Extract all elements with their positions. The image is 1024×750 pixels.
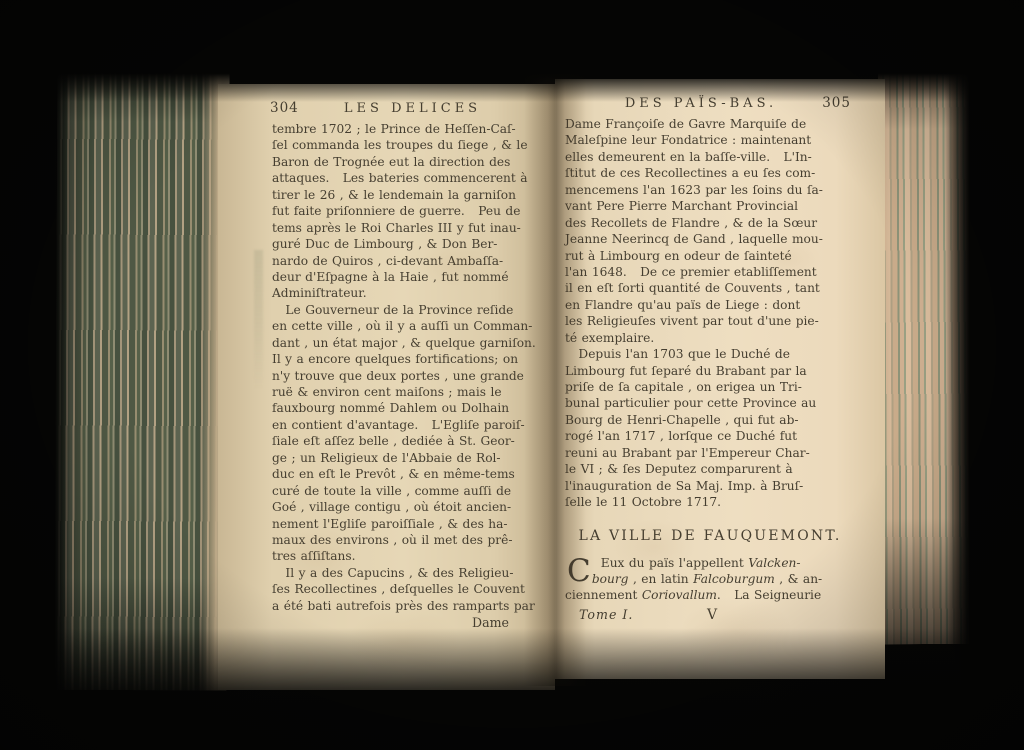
text-line: vant Pere Pierre Marchant Provincial bbox=[565, 198, 885, 214]
text-line: deur d'Eſpagne à la Haie , fut nommé bbox=[272, 269, 555, 285]
text-line: nement l'Egliſe paroiſſiale , & des ha- bbox=[272, 516, 555, 532]
text-line: en Flandre qu'au païs de Liege : dont bbox=[565, 297, 885, 313]
text-line: Goé , village contigu , où étoit ancien- bbox=[272, 499, 555, 515]
left-page: 304 LES DELICES tembre 1702 ; le Prince … bbox=[218, 84, 555, 690]
text-line: tres aſſiſtans. bbox=[272, 548, 555, 564]
text-line: Jeanne Neerincq de Gand , laquelle mou- bbox=[565, 231, 885, 247]
dropcap-paragraph-text: Eux du païs l'appellent Valcken- bourg ,… bbox=[555, 555, 885, 604]
text-line: l'an 1648. De ce premier etabliſſement bbox=[565, 264, 885, 280]
text-line: Maleſpine leur Fondatrice : maintenant bbox=[565, 132, 885, 148]
text-line: tems après le Roi Charles III y fut inau… bbox=[272, 220, 555, 236]
text-line: Il y a des Capucins , & des Religieu- bbox=[272, 565, 555, 581]
text-line: Baron de Trognée eut la direction des bbox=[272, 154, 555, 170]
text-line: bourg , en latin Falcoburgum , & an- bbox=[565, 571, 885, 587]
section-heading: LA VILLE DE FAUQUEMONT. bbox=[555, 528, 885, 544]
text-line: l'inauguration de Sa Maj. Imp. à Bruſ- bbox=[565, 478, 885, 494]
text-line: tirer le 26 , & le lendemain la garniſon bbox=[272, 187, 555, 203]
text-line: des Recollets de Flandre , & de la Sœur bbox=[565, 215, 885, 231]
text-line: rut à Limbourg en odeur de ſainteté bbox=[565, 248, 885, 264]
text-line: Limbourg fut ſeparé du Brabant par la bbox=[565, 363, 885, 379]
left-page-text: tembre 1702 ; le Prince de Heſſen-Caſ-ſe… bbox=[218, 121, 555, 614]
right-page-header: DES PAÏS-BAS. 305 bbox=[555, 95, 885, 111]
text-line: ſtitut de ces Recollectines a eu ſes com… bbox=[565, 165, 885, 181]
plain-text: Eux du païs l'appellent bbox=[565, 556, 748, 570]
text-line: ge ; un Religieux de l'Abbaie de Rol- bbox=[272, 450, 555, 466]
plain-text: ciennement bbox=[565, 588, 642, 602]
tome-label: Tome I. bbox=[579, 607, 633, 622]
text-line: fut faite priſonniere de guerre. Peu de bbox=[272, 203, 555, 219]
right-page-text: Dame Françoiſe de Gavre Marquiſe deMaleſ… bbox=[555, 116, 885, 511]
right-running-title: DES PAÏS-BAS. bbox=[595, 96, 807, 111]
gathering-signature: V bbox=[707, 607, 717, 623]
text-line: curé de toute la ville , comme auſſi de bbox=[272, 483, 555, 499]
text-line: ſelle le 11 Octobre 1717. bbox=[565, 494, 885, 510]
text-line: tembre 1702 ; le Prince de Heſſen-Caſ- bbox=[272, 121, 555, 137]
text-line: Il y a encore quelques fortifications; o… bbox=[272, 351, 555, 367]
italic-text: Valcken- bbox=[748, 556, 800, 570]
text-line: le VI ; & ſes Deputez comparurent à bbox=[565, 461, 885, 477]
text-line: Le Gouverneur de la Province reſide bbox=[272, 302, 555, 318]
text-line: maux des environs , où il met des prê- bbox=[272, 532, 555, 548]
text-line: rogé l'an 1717 , lorſque ce Duché fut bbox=[565, 428, 885, 444]
text-line: ſes Recollectines , deſquelles le Couven… bbox=[272, 581, 555, 597]
text-line: ruë & environ cent maiſons ; mais le bbox=[272, 384, 555, 400]
italic-text: Falcoburgum bbox=[693, 572, 775, 586]
text-line: en contient d'avantage. L'Egliſe paroiſ- bbox=[272, 417, 555, 433]
text-line: ſiale eſt aſſez belle , dediée à St. Geo… bbox=[272, 433, 555, 449]
catchword: Dame bbox=[218, 615, 555, 630]
italic-text: Coriovallum bbox=[642, 588, 717, 602]
text-line: les Religieuſes vivent par tout d'une pi… bbox=[565, 313, 885, 329]
text-line: Bourg de Henri-Chapelle , qui fut ab- bbox=[565, 412, 885, 428]
plain-text: , en latin bbox=[628, 572, 693, 586]
text-line: guré Duc de Limbourg , & Don Ber- bbox=[272, 236, 555, 252]
text-line: bunal particulier pour cette Province au bbox=[565, 395, 885, 411]
text-line: attaques. Les bateries commencerent à bbox=[272, 170, 555, 186]
text-line: Eux du païs l'appellent Valcken- bbox=[565, 555, 885, 571]
signature-line: Tome I. V bbox=[555, 607, 885, 624]
left-running-title: LES DELICES bbox=[314, 101, 511, 116]
text-line: Adminiſtrateur. bbox=[272, 285, 555, 301]
text-line: duc en eſt le Prevôt , & en même-tems bbox=[272, 466, 555, 482]
text-line: en cette ville , où il y a auſſi un Comm… bbox=[272, 318, 555, 334]
text-line: mencemens l'an 1623 par les ſoins du ſa- bbox=[565, 182, 885, 198]
italic-text: bourg bbox=[592, 572, 629, 586]
right-page: DES PAÏS-BAS. 305 Dame Françoiſe de Gavr… bbox=[555, 79, 885, 679]
text-line: ſel commanda les troupes du ſiege , & le bbox=[272, 137, 555, 153]
book-photo: 304 LES DELICES tembre 1702 ; le Prince … bbox=[0, 0, 1024, 750]
plain-text: , & an- bbox=[775, 572, 822, 586]
text-line: priſe de ſa capitale , on erigea un Tri- bbox=[565, 379, 885, 395]
left-page-number: 304 bbox=[270, 100, 314, 116]
page-show-through bbox=[254, 250, 263, 390]
right-fore-edge bbox=[878, 72, 974, 645]
text-line: nardo de Quiros , ci-devant Ambaſſa- bbox=[272, 253, 555, 269]
text-line: Depuis l'an 1703 que le Duché de bbox=[565, 346, 885, 362]
text-line: fauxbourg nommé Dahlem ou Dolhain bbox=[272, 400, 555, 416]
left-page-header: 304 LES DELICES bbox=[218, 100, 555, 116]
plain-text: . La Seigneurie bbox=[717, 588, 821, 602]
text-line: il en eſt ſorti quantité de Couvents , t… bbox=[565, 280, 885, 296]
text-line: reuni au Brabant par l'Empereur Char- bbox=[565, 445, 885, 461]
dropcap-paragraph: C Eux du païs l'appellent Valcken- bourg… bbox=[555, 555, 885, 604]
text-line: ciennement Coriovallum. La Seigneurie bbox=[565, 587, 885, 603]
drop-cap-initial: C bbox=[567, 556, 591, 586]
right-page-number: 305 bbox=[807, 95, 851, 111]
text-line: a été bati autrefois près des ramparts p… bbox=[272, 598, 555, 614]
text-line: n'y trouve que deux portes , une grande bbox=[272, 368, 555, 384]
left-fore-edge bbox=[54, 66, 221, 691]
text-line: Dame Françoiſe de Gavre Marquiſe de bbox=[565, 116, 885, 132]
text-line: dant , un état major , & quelque garniſo… bbox=[272, 335, 555, 351]
text-line: té exemplaire. bbox=[565, 330, 885, 346]
text-line: elles demeurent en la baſſe-ville. L'In- bbox=[565, 149, 885, 165]
